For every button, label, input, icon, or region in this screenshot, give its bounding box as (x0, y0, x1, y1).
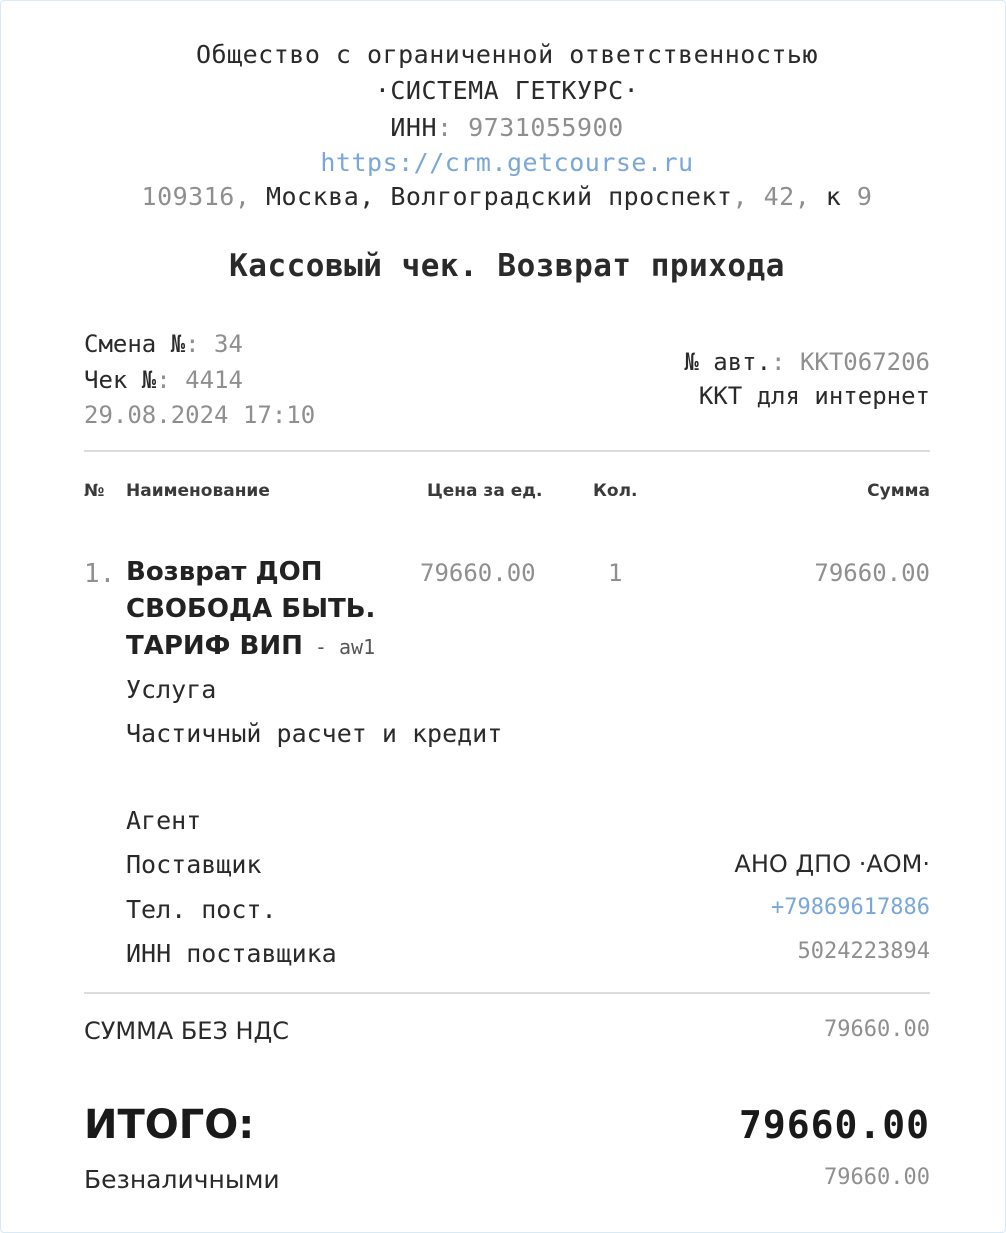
item-subject: Услуга (126, 675, 216, 704)
col-qty-header: Кол. (593, 481, 637, 501)
auto-value: : ККТ067206 (771, 348, 930, 376)
check-datetime: 29.08.2024 17:10 (84, 401, 315, 429)
inn-label: ИНН (390, 113, 437, 142)
total-value: 79660.00 (739, 1103, 930, 1147)
item-name: Возврат ДОП СВОБОДА БЫТЬ. ТАРИФ ВИП - aw… (126, 554, 375, 666)
shift-label: Смена № (84, 330, 185, 358)
divider (84, 992, 930, 994)
col-num-header: № (84, 481, 104, 501)
col-sum-header: Сумма (867, 481, 930, 501)
item-qty: 1 (608, 559, 622, 587)
inn-value: : 9731055900 (437, 113, 624, 142)
no-vat-label: СУММА БЕЗ НДС (84, 1017, 289, 1045)
supplier-phone-link[interactable]: +79869617886 (771, 895, 930, 920)
auto-label: № авт. (684, 348, 771, 376)
check-value: : 4414 (156, 366, 243, 394)
cashless-value: 79660.00 (824, 1165, 930, 1190)
item-payment-method: Частичный расчет и кредит (126, 719, 502, 748)
item-price: 79660.00 (420, 559, 536, 587)
no-vat-value: 79660.00 (824, 1017, 930, 1042)
check-label: Чек № (84, 366, 156, 394)
address-index: 109316, (142, 182, 251, 211)
address-num: , 42, (732, 182, 825, 211)
supplier-inn-value: 5024223894 (798, 939, 930, 964)
col-price-header: Цена за ед. (427, 481, 542, 501)
supplier-value: АНО ДПО ·АОМ· (734, 850, 930, 878)
org-address: 109316, Москва, Волгоградский проспект, … (84, 182, 930, 211)
item-name-line: СВОБОДА БЫТЬ. (126, 591, 375, 628)
org-name: ·СИСТЕМА ГЕТКУРС· (84, 76, 930, 105)
item-sum: 79660.00 (814, 559, 930, 587)
supplier-inn-label: ИНН поставщика (126, 939, 337, 968)
item-name-line: Возврат ДОП (126, 554, 375, 591)
kkt-label: ККТ для интернет (699, 382, 930, 410)
item-name-suffix: - aw1 (303, 635, 375, 659)
address-k-num: 9 (841, 182, 872, 211)
org-url-link[interactable]: https://crm.getcourse.ru (84, 148, 930, 177)
shift-number: Смена №: 34 (84, 330, 243, 358)
cashless-label: Безналичными (84, 1165, 280, 1194)
item-num: 1. (84, 559, 115, 589)
shift-value: : 34 (185, 330, 243, 358)
col-name-header: Наименование (126, 481, 270, 501)
supplier-label: Поставщик (126, 850, 261, 879)
item-agent: Агент (126, 806, 201, 835)
divider (84, 450, 930, 452)
receipt-title: Кассовый чек. Возврат прихода (84, 248, 930, 284)
auto-number: № авт.: ККТ067206 (684, 348, 930, 376)
address-k: к (826, 182, 842, 211)
item-name-line: ТАРИФ ВИП (126, 631, 303, 661)
supplier-phone-label: Тел. пост. (126, 895, 277, 924)
check-number: Чек №: 4414 (84, 366, 243, 394)
org-line: Общество с ограниченной ответственностью (84, 40, 930, 69)
org-inn: ИНН: 9731055900 (84, 113, 930, 142)
address-city: Москва, Волгоградский проспект (250, 182, 732, 211)
total-label: ИТОГО: (84, 1102, 254, 1148)
